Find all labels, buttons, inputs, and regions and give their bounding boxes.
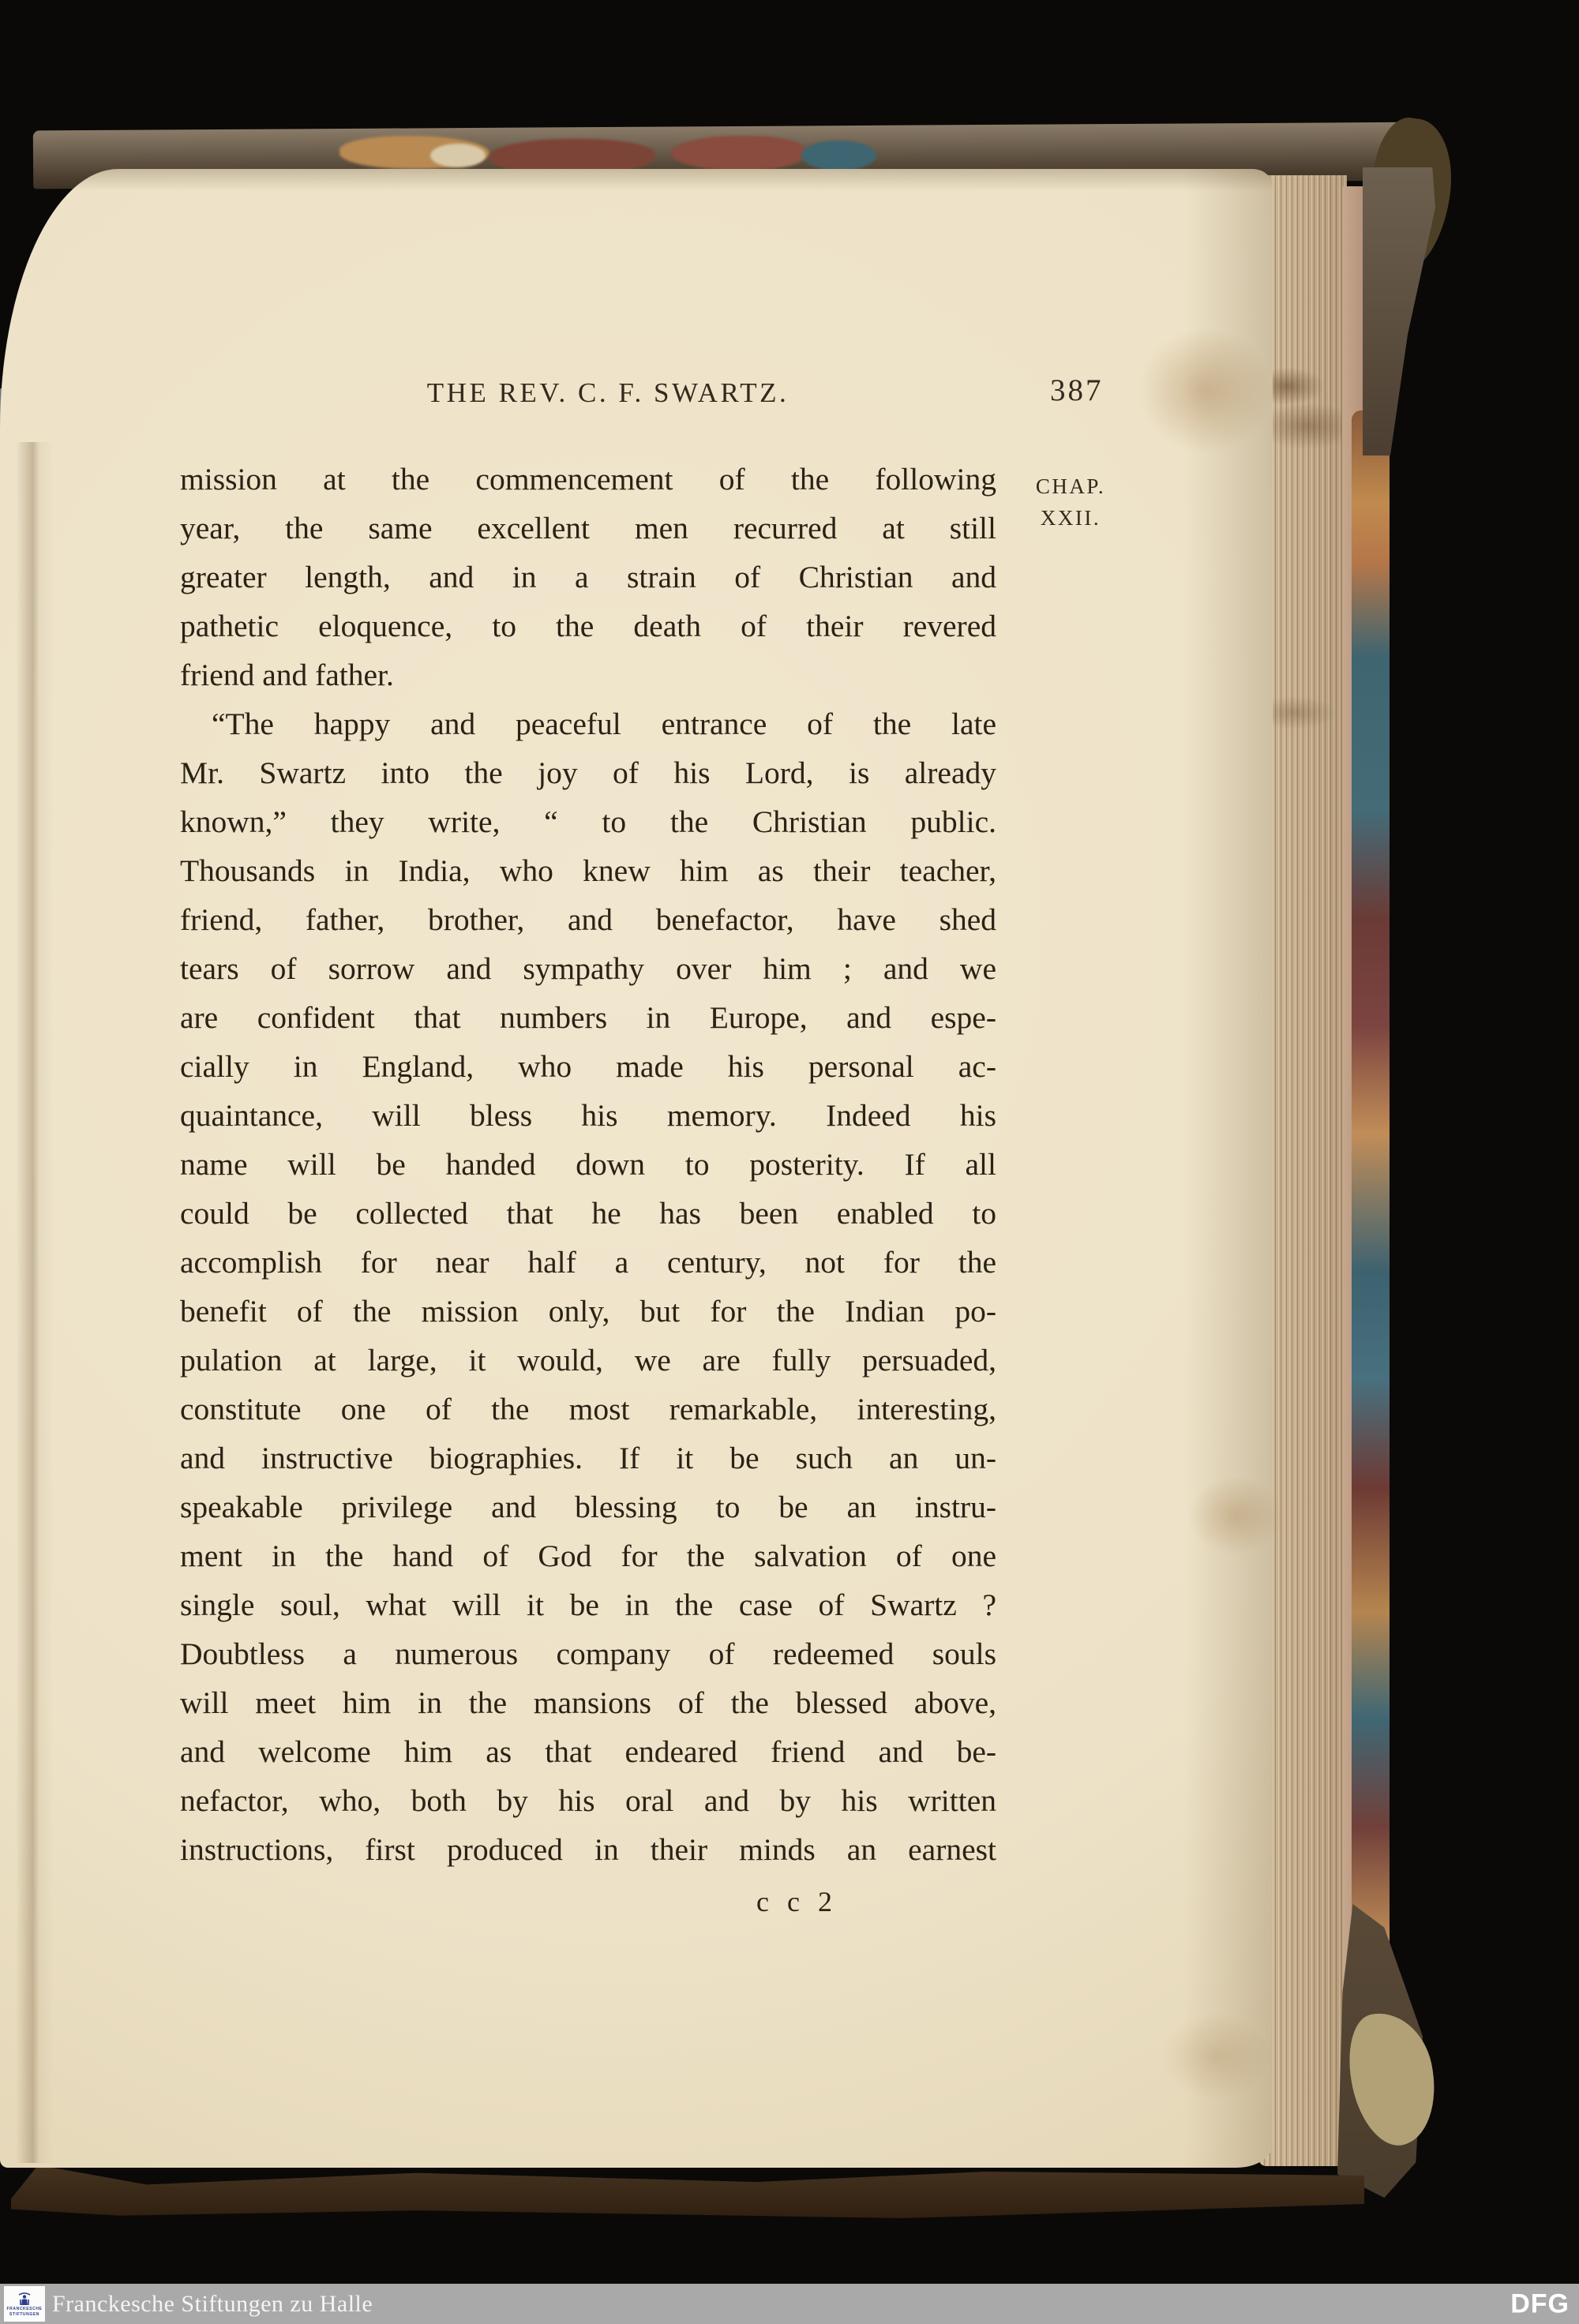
institution-logo: FRANCKESCHE STIFTUNGEN <box>4 2286 45 2322</box>
body-line: greater length, and in a strain of Chris… <box>180 553 996 602</box>
body-line: name will be handed down to posterity. I… <box>180 1140 996 1189</box>
body-line: could be collected that he has been enab… <box>180 1189 996 1238</box>
body-line: accomplish for near half a century, not … <box>180 1238 996 1287</box>
body-line: Thousands in India, who knew him as thei… <box>180 846 996 895</box>
body-line: instructions, first produced in their mi… <box>180 1825 996 1874</box>
body-line: and welcome him as that endeared friend … <box>180 1727 996 1776</box>
body-line: single soul, what will it be in the case… <box>180 1580 996 1629</box>
francke-figure-icon <box>18 2292 31 2306</box>
body-line: pathetic eloquence, to the death of thei… <box>180 602 996 650</box>
body-line: speakable privilege and blessing to be a… <box>180 1482 996 1531</box>
chapter-margin-note: CHAP. XXII. <box>1017 470 1124 534</box>
page-stain <box>1188 1476 1283 1555</box>
marbled-remnant <box>801 141 876 171</box>
body-line: friend, father, brother, and benefactor,… <box>180 895 996 944</box>
body-line: nefactor, who, both by his oral and by h… <box>180 1776 996 1825</box>
institution-name: Franckesche Stiftungen zu Halle <box>52 2291 373 2318</box>
body-line: benefit of the mission only, but for the… <box>180 1287 996 1336</box>
body-text: mission at the commencement of the follo… <box>180 455 996 1874</box>
running-head: THE REV. C. F. SWARTZ. <box>379 377 837 409</box>
body-line: cially in England, who made his personal… <box>180 1042 996 1091</box>
body-line: “The happy and peaceful entrance of the … <box>180 699 996 748</box>
marbled-cover-edge <box>1352 410 1390 1950</box>
marbled-remnant <box>671 136 805 171</box>
body-line: and instructive biographies. If it be su… <box>180 1434 996 1482</box>
chapter-note-line: XXII. <box>1017 502 1124 534</box>
chapter-note-line: CHAP. <box>1017 470 1124 502</box>
body-line: year, the same excellent men recurred at… <box>180 504 996 553</box>
body-line: quaintance, will bless his memory. Indee… <box>180 1091 996 1140</box>
dfg-logo: DFG <box>1510 2288 1570 2319</box>
page-stain <box>1161 2013 1271 2100</box>
body-line: pulation at large, it would, we are full… <box>180 1336 996 1385</box>
body-line: are confident that numbers in Europe, an… <box>180 993 996 1042</box>
body-line: will meet him in the mansions of the ble… <box>180 1678 996 1727</box>
body-line: ment in the hand of God for the salvatio… <box>180 1531 996 1580</box>
body-line: Doubtless a numerous company of redeemed… <box>180 1629 996 1678</box>
body-line: constitute one of the most remarkable, i… <box>180 1385 996 1434</box>
body-line: Mr. Swartz into the joy of his Lord, is … <box>180 748 996 797</box>
body-line: tears of sorrow and sympathy over him ; … <box>180 944 996 993</box>
signature-mark: c c 2 <box>756 1885 838 1918</box>
institution-logo-text-line1: FRANCKESCHE <box>7 2307 43 2311</box>
page-number: 387 <box>1050 373 1104 408</box>
body-line: mission at the commencement of the follo… <box>180 455 996 504</box>
body-line: known,” they write, “ to the Christian p… <box>180 797 996 846</box>
body-line: friend and father. <box>180 650 996 699</box>
scanned-book-viewer: THE REV. C. F. SWARTZ. 387 CHAP. XXII. m… <box>0 0 1579 2324</box>
marbled-remnant <box>430 144 486 167</box>
digitization-footer-bar: FRANCKESCHE STIFTUNGEN Franckesche Stift… <box>0 2284 1579 2324</box>
page-stain <box>1138 328 1273 454</box>
cover-edge-top-right <box>1363 167 1435 455</box>
institution-logo-text-line2: STIFTUNGEN <box>9 2312 39 2317</box>
page-gutter-crease <box>16 442 54 2163</box>
